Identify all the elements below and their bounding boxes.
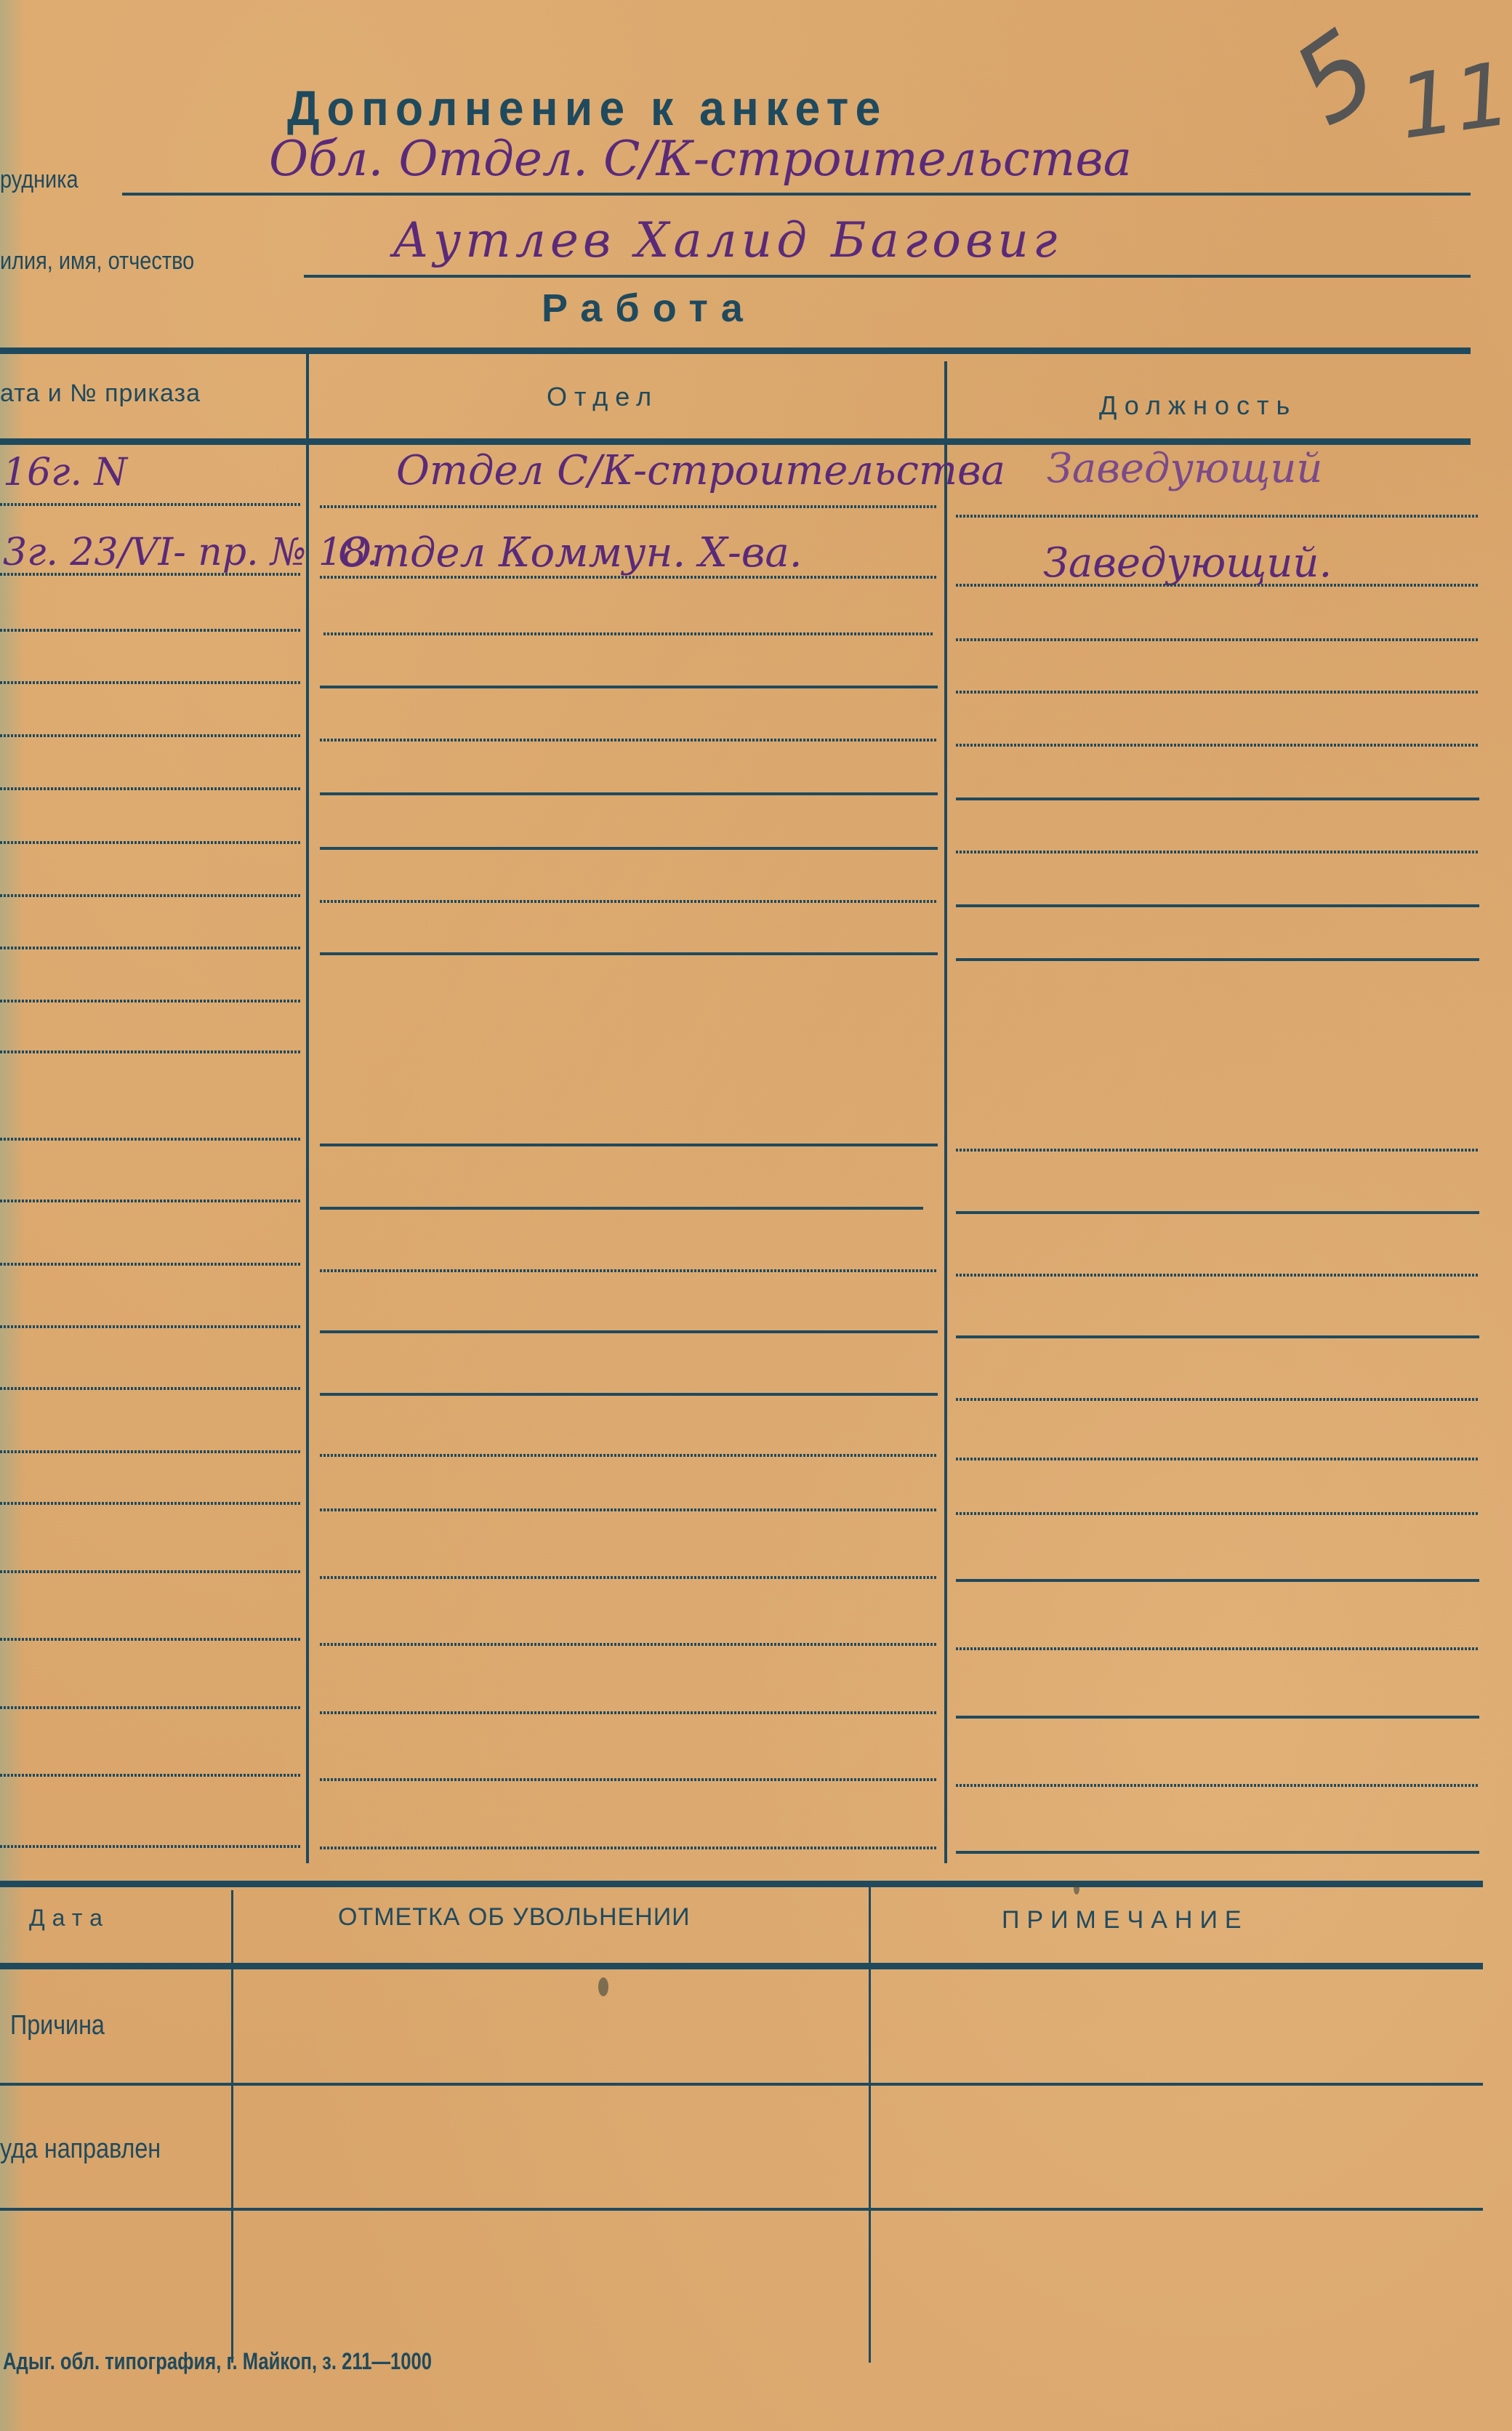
column-header-position: Должность (1099, 390, 1297, 421)
column-header-date-order: ата и № приказа (0, 379, 201, 408)
dismissal-row-label-reason: Причина (10, 2010, 105, 2041)
dismissal-header-mark: ОТМЕТКА ОБ УВОЛЬНЕНИИ (338, 1903, 691, 1932)
dismissal-col-divider-2-lower (869, 2210, 871, 2363)
dismissal-row-label-destination: уда направлен (0, 2134, 161, 2165)
field-value-enterprise: Обл. Отдел. С/К-строительства (269, 131, 1132, 187)
archive-number-mark: 5 (1271, 6, 1401, 149)
row-1-department: Отдел С/К-строительства (396, 447, 1005, 494)
field-label-full-name: илия, имя, отчество (0, 247, 194, 276)
dismissal-header-date: Дата (29, 1905, 110, 1932)
document-title: Дополнение к анкете (287, 80, 888, 137)
dismissal-table-top-border (0, 1881, 1483, 1887)
column-header-department: Отдел (547, 382, 659, 412)
field-underline-full-name (304, 275, 1471, 278)
ink-blot (598, 1977, 608, 1996)
field-underline-enterprise (122, 193, 1471, 196)
row-1-date-order: 16г. N (3, 451, 127, 494)
field-label-enterprise: рудника (0, 166, 79, 194)
dismissal-table-header-border (0, 1963, 1483, 1969)
printer-imprint: Адыг. обл. типография, г. Майкоп, з. 211… (3, 2348, 432, 2375)
dismissal-row-divider-1 (0, 2083, 1483, 2086)
scan-edge-shadow (0, 0, 25, 2431)
dismissal-col-divider-1-lower (231, 2210, 233, 2363)
ink-blot (1074, 1883, 1079, 1894)
work-table-top-border (0, 347, 1471, 354)
dismissal-col-divider-2 (869, 1883, 871, 2217)
row-2-position: Заведующий. (1043, 539, 1332, 587)
archive-sheet-mark: 11 (1393, 44, 1512, 159)
work-section-heading: Работа (542, 286, 756, 331)
row-2-department: Отдел Коммун. Х-ва. (338, 529, 803, 576)
row-1-position: Заведующий (1047, 445, 1322, 492)
work-table-header-border (0, 438, 1471, 445)
work-table-col-divider-1 (306, 353, 309, 1863)
dismissal-row-divider-2 (0, 2208, 1483, 2211)
field-value-full-name: Аутлев Халид Баговиг (393, 212, 1061, 268)
work-table-col-divider-2 (944, 361, 947, 1863)
dismissal-header-note: ПРИМЕЧАНИЕ (1002, 1906, 1249, 1934)
row-2-date-order: 3г. 23/VI- пр. № 18. (3, 531, 379, 574)
dismissal-col-divider-1 (231, 1890, 233, 2217)
